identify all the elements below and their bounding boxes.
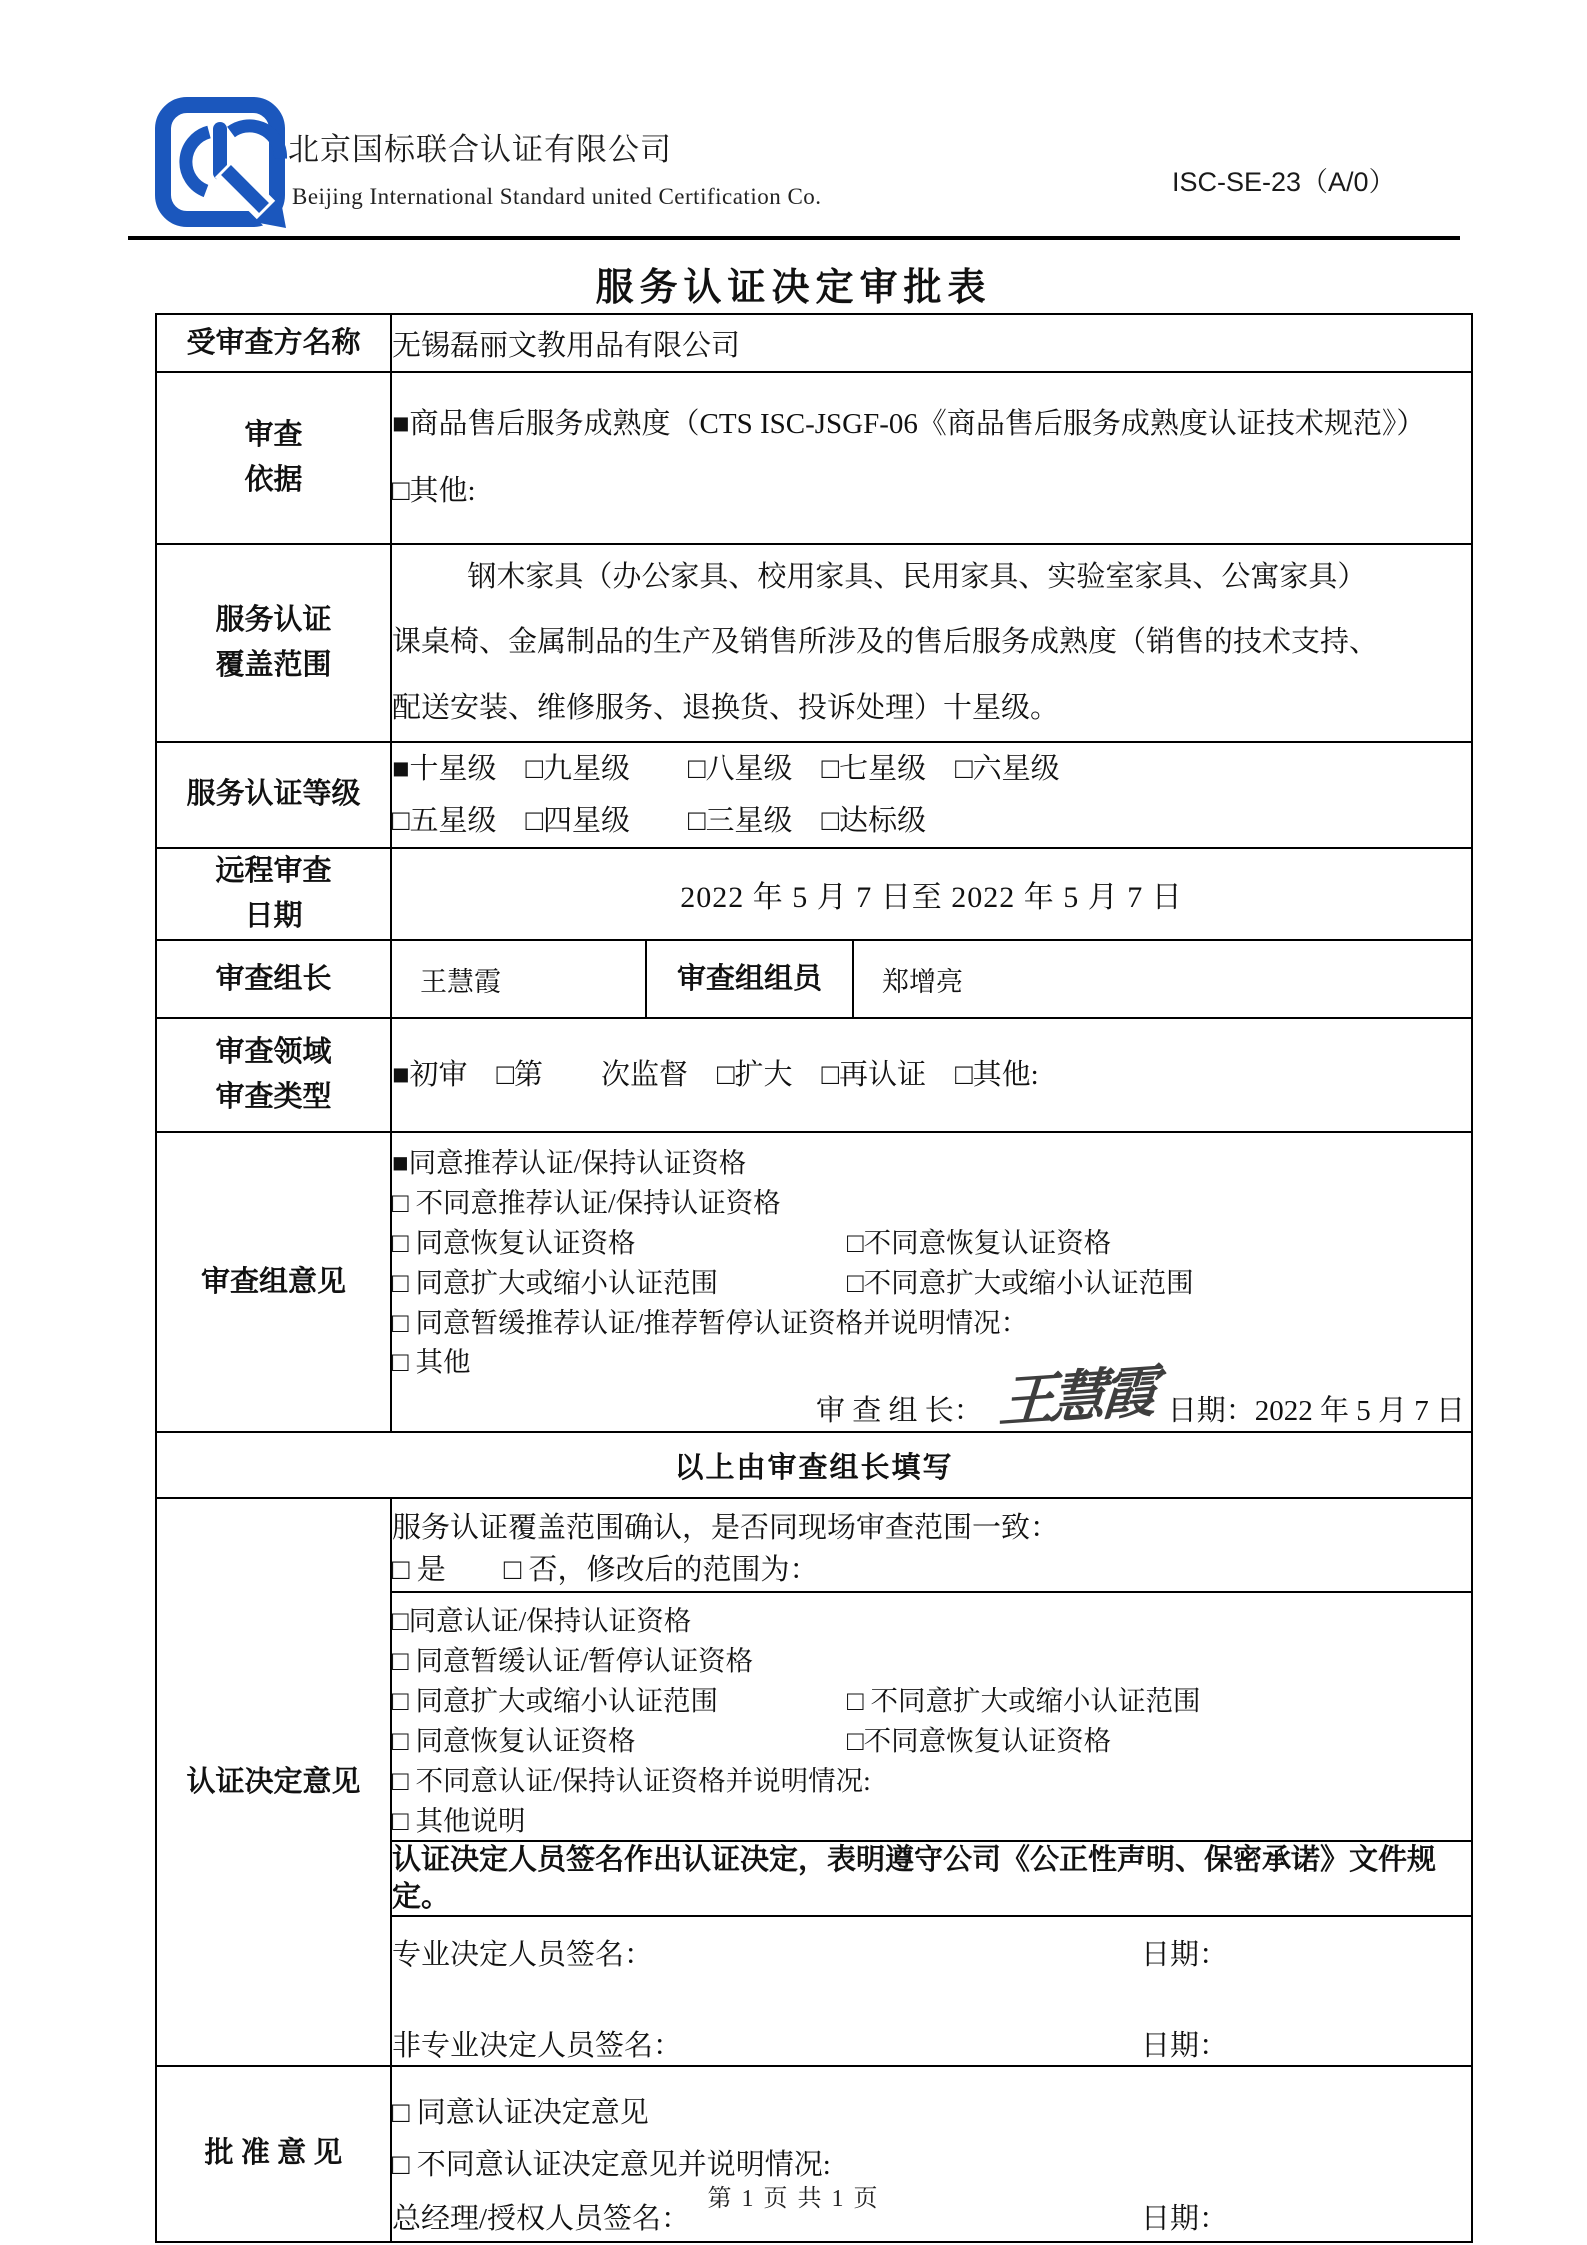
- leader-signature: 王慧霞: [997, 1371, 1153, 1427]
- checkbox-option: □ 同意扩大或缩小认证范围: [392, 1681, 847, 1721]
- middle-note: 以上由审查组长填写: [156, 1432, 1472, 1498]
- checkbox-option-pair: □ 同意恢复认证资格 □不同意恢复认证资格: [392, 1721, 1471, 1761]
- date-label: 日期：: [1141, 2023, 1471, 2064]
- checkbox-option-pair: □ 同意扩大或缩小认证范围 □ 不同意扩大或缩小认证范围: [392, 1681, 1471, 1721]
- decision-options: □同意认证/保持认证资格 □ 同意暂缓认证/暂停认证资格 □ 同意扩大或缩小认证…: [391, 1592, 1472, 1841]
- row-audit-type: 审查领域 审查类型 ■初审 □第 次监督 □扩大 □再认证 □其他:: [156, 1018, 1472, 1132]
- checkbox-option: □ 其他说明: [392, 1801, 1471, 1841]
- checkbox-option: ■初审 □第 次监督 □扩大 □再认证 □其他:: [392, 1054, 1471, 1096]
- leader-signoff-label: 审 查 组 长：: [816, 1388, 983, 1429]
- scope-confirm-question: 服务认证覆盖范围确认，是否同现场审查范围一致：: [392, 1507, 1471, 1549]
- document-page: 北京国标联合认证有限公司 Beijing International Stand…: [0, 0, 1587, 2245]
- checkbox-option: □不同意恢复认证资格: [847, 1721, 1111, 1761]
- decision-signatures: 专业决定人员签名： 日期： 非专业决定人员签名： 日期：: [391, 1916, 1472, 2066]
- company-logo-icon: [154, 96, 292, 244]
- leader-signoff-date: 日期：2022 年 5 月 7 日: [1168, 1388, 1465, 1429]
- row-review-opinion: 审查组意见 ■同意推荐认证/保持认证资格 □ 不同意推荐认证/保持认证资格 □ …: [156, 1132, 1472, 1432]
- checkbox-option: □其他:: [392, 458, 1471, 525]
- date-label: 日期：: [1141, 1932, 1471, 1973]
- label-line: 审查领域: [157, 1030, 390, 1075]
- row-auditee: 受审查方名称 无锡磊丽文教用品有限公司: [156, 314, 1472, 372]
- nonprofessional-sign-label: 非专业决定人员签名：: [392, 2023, 682, 2064]
- company-name-english: Beijing International Standard united Ce…: [292, 184, 822, 210]
- checkbox-option: □同意认证/保持认证资格: [392, 1601, 1471, 1641]
- document-code: ISC-SE-23（A/0）: [1172, 160, 1396, 199]
- certification-grade-label: 服务认证等级: [156, 742, 391, 848]
- page-number: 第 1 页 共 1 页: [0, 2178, 1587, 2213]
- header-divider: [128, 236, 1460, 240]
- scope-text-line: 配送安装、维修服务、退换货、投诉处理）十星级。: [392, 676, 1471, 741]
- checkbox-option: □ 不同意推荐认证/保持认证资格: [392, 1183, 1471, 1223]
- page-title: 服务认证决定审批表: [0, 256, 1587, 311]
- checkbox-option: □不同意恢复认证资格: [847, 1223, 1111, 1263]
- audit-basis-label: 审查 依据: [156, 372, 391, 544]
- approval-opinion-label: 批 准 意 见: [156, 2066, 391, 2242]
- remote-audit-date-label: 远程审查 日期: [156, 848, 391, 940]
- checkbox-option: □ 同意暂缓推荐认证/推荐暂停认证资格并说明情况：: [392, 1303, 1471, 1343]
- label-line: 审查: [157, 413, 390, 458]
- audit-type-options: ■初审 □第 次监督 □扩大 □再认证 □其他:: [391, 1018, 1472, 1132]
- checkbox-option: □五星级 □四星级 □三星级 □达标级: [392, 795, 1471, 847]
- leader-signoff-line: 审 查 组 长： 王慧霞 日期：2022 年 5 月 7 日: [392, 1386, 1471, 1431]
- team-member-value: 郑增亮: [853, 940, 1472, 1018]
- auditee-label: 受审查方名称: [156, 314, 391, 372]
- remote-audit-date-value: 2022 年 5 月 7 日至 2022 年 5 月 7 日: [391, 848, 1472, 940]
- row-remote-audit-date: 远程审查 日期 2022 年 5 月 7 日至 2022 年 5 月 7 日: [156, 848, 1472, 940]
- checkbox-option-pair: □ 同意恢复认证资格 □不同意恢复认证资格: [392, 1223, 1471, 1263]
- review-opinion-options: ■同意推荐认证/保持认证资格 □ 不同意推荐认证/保持认证资格 □ 同意恢复认证…: [391, 1132, 1472, 1432]
- team-member-label: 审查组组员: [646, 940, 853, 1018]
- row-audit-team: 审查组长 王慧霞 审查组组员 郑增亮: [156, 940, 1472, 1018]
- checkbox-option: □ 是 □ 否，修改后的范围为：: [392, 1549, 1471, 1591]
- label-line: 日期: [157, 894, 390, 939]
- team-leader-label: 审查组长: [156, 940, 391, 1018]
- row-approval-opinion: 批 准 意 见 □ 同意认证决定意见 □ 不同意认证决定意见并说明情况: 总经理…: [156, 2066, 1472, 2242]
- label-line: 服务认证: [157, 598, 390, 643]
- certification-scope-label: 服务认证 覆盖范围: [156, 544, 391, 742]
- checkbox-option: ■十星级 □九星级 □八星级 □七星级 □六星级: [392, 743, 1471, 795]
- checkbox-option: ■商品售后服务成熟度（CTS ISC-JSGF-06《商品售后服务成熟度认证技术…: [392, 391, 1471, 458]
- label-line: 审查类型: [157, 1075, 390, 1120]
- checkbox-option: □ 其他: [392, 1342, 1471, 1382]
- label-line: 依据: [157, 458, 390, 503]
- professional-sign-line: 专业决定人员签名： 日期：: [392, 1932, 1471, 1973]
- checkbox-option-pair: □ 同意扩大或缩小认证范围 □不同意扩大或缩小认证范围: [392, 1263, 1471, 1303]
- row-audit-basis: 审查 依据 ■商品售后服务成熟度（CTS ISC-JSGF-06《商品售后服务成…: [156, 372, 1472, 544]
- row-certification-grade: 服务认证等级 ■十星级 □九星级 □八星级 □七星级 □六星级 □五星级 □四星…: [156, 742, 1472, 848]
- review-opinion-label: 审查组意见: [156, 1132, 391, 1432]
- checkbox-option: □ 同意认证决定意见: [392, 2092, 1471, 2134]
- auditee-value: 无锡磊丽文教用品有限公司: [391, 314, 1472, 372]
- checkbox-option: □ 同意恢复认证资格: [392, 1721, 847, 1761]
- decision-opinion-label: 认证决定意见: [156, 1498, 391, 2066]
- decision-scope-confirm: 服务认证覆盖范围确认，是否同现场审查范围一致： □ 是 □ 否，修改后的范围为：: [391, 1498, 1472, 1592]
- certification-scope-text: 钢木家具（办公家具、校用家具、民用家具、实验室家具、公寓家具） 课桌椅、金属制品…: [391, 544, 1472, 742]
- checkbox-option: □ 同意扩大或缩小认证范围: [392, 1263, 847, 1303]
- checkbox-option: □ 同意暂缓认证/暂停认证资格: [392, 1641, 1471, 1681]
- team-leader-value: 王慧霞: [391, 940, 646, 1018]
- professional-sign-label: 专业决定人员签名：: [392, 1932, 653, 1973]
- approval-form-table: 受审查方名称 无锡磊丽文教用品有限公司 审查 依据 ■商品售后服务成熟度（CTS…: [155, 313, 1473, 2243]
- row-certification-scope: 服务认证 覆盖范围 钢木家具（办公家具、校用家具、民用家具、实验室家具、公寓家具…: [156, 544, 1472, 742]
- checkbox-option: □ 不同意认证/保持认证资格并说明情况:: [392, 1761, 1471, 1801]
- checkbox-option: □不同意扩大或缩小认证范围: [847, 1263, 1194, 1303]
- checkbox-option: □ 不同意扩大或缩小认证范围: [847, 1681, 1200, 1721]
- audit-basis-options: ■商品售后服务成熟度（CTS ISC-JSGF-06《商品售后服务成熟度认证技术…: [391, 372, 1472, 544]
- audit-type-label: 审查领域 审查类型: [156, 1018, 391, 1132]
- checkbox-option: □ 同意恢复认证资格: [392, 1223, 847, 1263]
- row-decision-scope-confirm: 认证决定意见 服务认证覆盖范围确认，是否同现场审查范围一致： □ 是 □ 否，修…: [156, 1498, 1472, 1592]
- scope-text-line: 钢木家具（办公家具、校用家具、民用家具、实验室家具、公寓家具）: [392, 545, 1471, 610]
- nonprofessional-sign-line: 非专业决定人员签名： 日期：: [392, 2023, 1471, 2064]
- company-name-chinese: 北京国标联合认证有限公司: [288, 124, 672, 169]
- row-middle-note: 以上由审查组长填写: [156, 1432, 1472, 1498]
- label-line: 覆盖范围: [157, 643, 390, 688]
- approval-opinion-content: □ 同意认证决定意见 □ 不同意认证决定意见并说明情况: 总经理/授权人员签名：…: [391, 2066, 1472, 2242]
- scope-text-line: 课桌椅、金属制品的生产及销售所涉及的售后服务成熟度（销售的技术支持、: [392, 610, 1471, 675]
- decision-statement: 认证决定人员签名作出认证决定，表明遵守公司《公正性声明、保密承诺》文件规定。: [391, 1841, 1472, 1916]
- checkbox-option: ■同意推荐认证/保持认证资格: [392, 1143, 1471, 1183]
- label-line: 远程审查: [157, 849, 390, 894]
- certification-grade-options: ■十星级 □九星级 □八星级 □七星级 □六星级 □五星级 □四星级 □三星级 …: [391, 742, 1472, 848]
